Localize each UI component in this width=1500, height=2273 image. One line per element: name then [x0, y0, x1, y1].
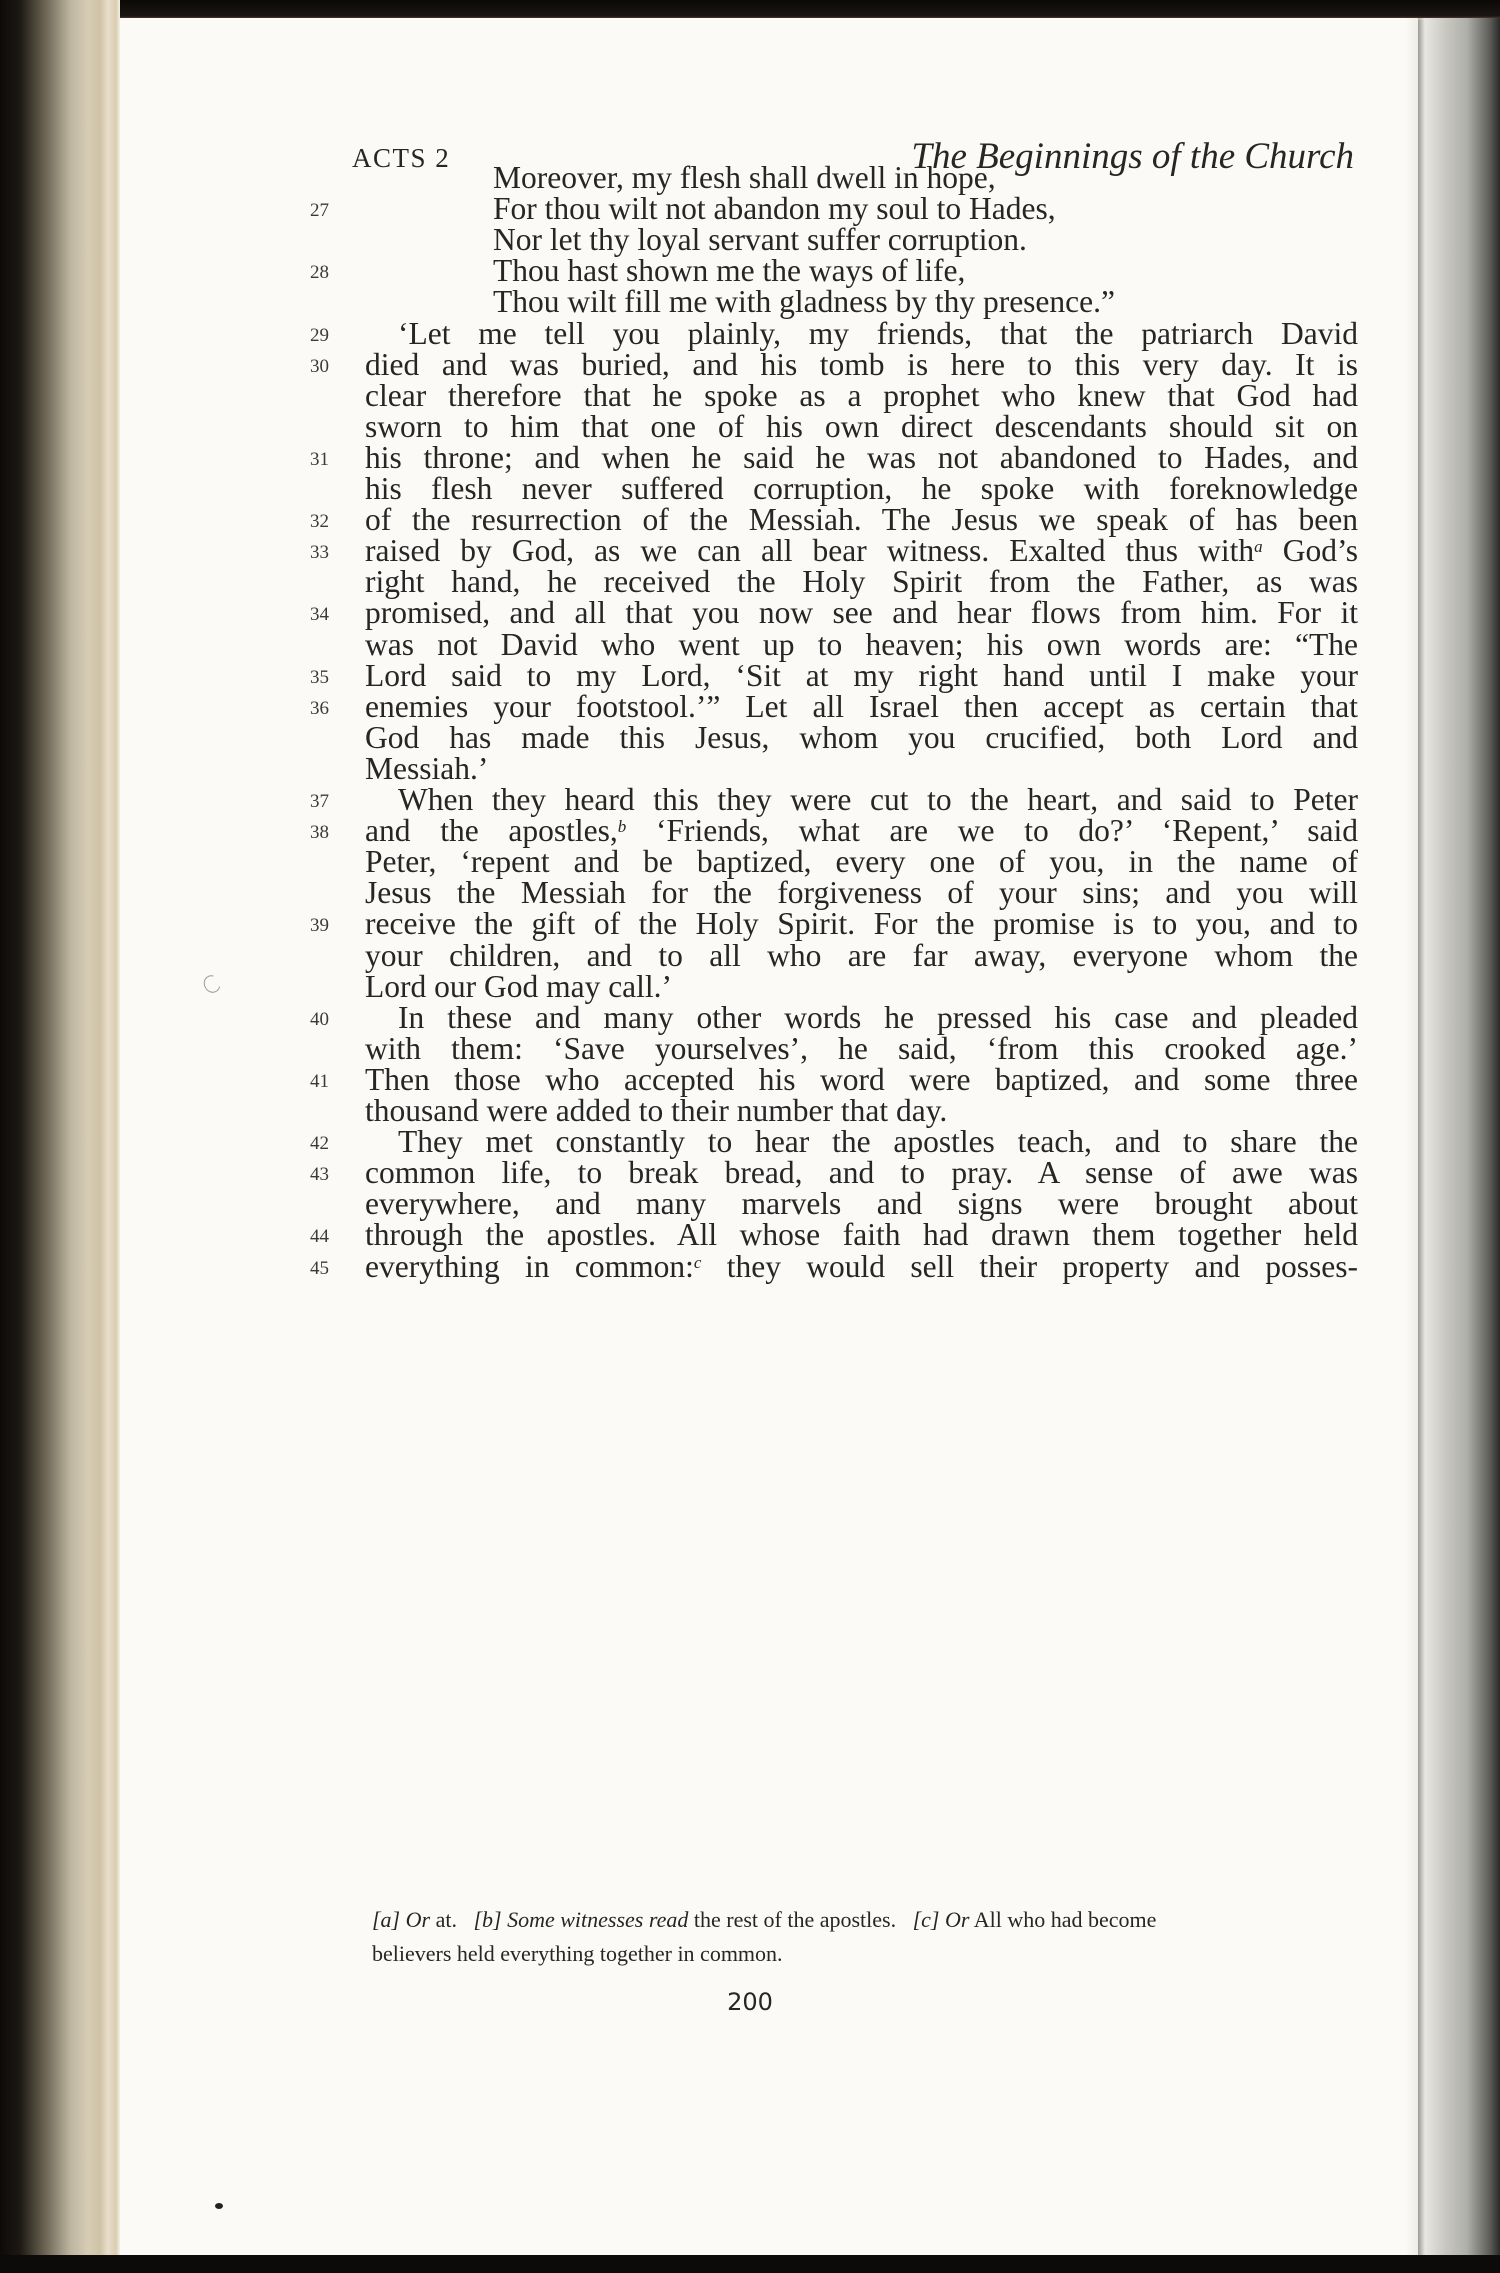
text-line: 34promised, and all that you now see and… [0, 596, 1500, 630]
footnote-reference[interactable]: b [618, 817, 627, 836]
line-text-segment: ‘Friends, what are we to do?’ ‘Repent,’ … [626, 813, 1358, 848]
line-text: and the apostles,b ‘Friends, what are we… [365, 814, 1358, 848]
line-text: right hand, he received the Holy Spirit … [365, 565, 1358, 599]
line-text-segment: raised by God, as we can all bear witnes… [365, 533, 1254, 568]
verse-number: 45 [310, 1258, 340, 1280]
line-text-segment: they would sell their property and posse… [701, 1249, 1358, 1284]
line-text: Nor let thy loyal servant suffer corrupt… [493, 223, 1027, 257]
text-line: 29‘Let me tell you plainly, my friends, … [0, 317, 1500, 351]
text-line: your children, and to all who are far aw… [0, 939, 1500, 973]
line-text: Peter, ‘repent and be baptized, every on… [365, 845, 1358, 879]
verse-number: 35 [310, 667, 340, 689]
line-text: Then those who accepted his word were ba… [365, 1063, 1358, 1097]
verse-number: 34 [310, 604, 340, 626]
text-line: 31his throne; and when he said he was no… [0, 441, 1500, 475]
text-line: his flesh never suffered corruption, he … [0, 472, 1500, 506]
line-text: Moreover, my flesh shall dwell in hope, [493, 161, 996, 195]
line-text: In these and many other words he pressed… [398, 1001, 1358, 1035]
text-line: clear therefore that he spoke as a proph… [0, 379, 1500, 413]
line-text: everywhere, and many marvels and signs w… [365, 1187, 1358, 1221]
text-line: Nor let thy loyal servant suffer corrupt… [0, 223, 1500, 257]
footnote-c-text: All who had become [969, 1907, 1156, 1932]
line-text: For thou wilt not abandon my soul to Had… [493, 192, 1056, 226]
line-text: Messiah.’ [365, 752, 1358, 786]
text-line: God has made this Jesus, whom you crucif… [0, 721, 1500, 755]
text-line: 35Lord said to my Lord, ‘Sit at my right… [0, 659, 1500, 693]
verse-number: 33 [310, 542, 340, 564]
footnote-line-1: [a] Or at. [b] Some witnesses read the r… [372, 1903, 1372, 1937]
line-text: Thou hast shown me the ways of life, [493, 254, 965, 288]
text-line: Moreover, my flesh shall dwell in hope, [0, 161, 1500, 195]
line-text: your children, and to all who are far aw… [365, 939, 1358, 973]
text-line: 42They met constantly to hear the apostl… [0, 1125, 1500, 1159]
text-line: sworn to him that one of his own direct … [0, 410, 1500, 444]
verse-number: 27 [310, 200, 340, 222]
footnote-line-2: believers held everything together in co… [372, 1937, 1372, 1971]
line-text: his throne; and when he said he was not … [365, 441, 1358, 475]
text-line: 45everything in common:c they would sell… [0, 1250, 1500, 1284]
verse-number: 37 [310, 791, 340, 813]
text-line: 43common life, to break bread, and to pr… [0, 1156, 1500, 1190]
footnote-b-text: the rest of the apostles. [688, 1907, 896, 1932]
line-text: of the resurrection of the Messiah. The … [365, 503, 1358, 537]
line-text: Lord our God may call.’ [365, 970, 1358, 1004]
page-number: 200 [0, 1988, 1500, 2016]
text-line: everywhere, and many marvels and signs w… [0, 1187, 1500, 1221]
line-text: receive the gift of the Holy Spirit. For… [365, 907, 1358, 941]
footnote-c-mark: [c] [913, 1907, 940, 1932]
verse-number: 39 [310, 915, 340, 937]
text-line: was not David who went up to heaven; his… [0, 628, 1500, 662]
line-text: Lord said to my Lord, ‘Sit at my right h… [365, 659, 1358, 693]
line-text: God has made this Jesus, whom you crucif… [365, 721, 1358, 755]
line-text: everything in common:c they would sell t… [365, 1250, 1358, 1284]
text-line: thousand were added to their number that… [0, 1094, 1500, 1128]
text-line: 39receive the gift of the Holy Spirit. F… [0, 907, 1500, 941]
line-text: with them: ‘Save yourselves’, he said, ‘… [365, 1032, 1358, 1066]
line-text: died and was buried, and his tomb is her… [365, 348, 1358, 382]
verse-number: 29 [310, 325, 340, 347]
text-line: Messiah.’ [0, 752, 1500, 786]
footnotes: [a] Or at. [b] Some witnesses read the r… [372, 1903, 1372, 1971]
footnote-a-text: at. [430, 1907, 457, 1932]
footnote-reference[interactable]: c [694, 1253, 702, 1272]
text-line: Lord our God may call.’ [0, 970, 1500, 1004]
line-text: Jesus the Messiah for the forgiveness of… [365, 876, 1358, 910]
text-line: right hand, he received the Holy Spirit … [0, 565, 1500, 599]
footnote-reference[interactable]: a [1254, 537, 1263, 556]
text-line: 27For thou wilt not abandon my soul to H… [0, 192, 1500, 226]
book-bottom-edge [0, 2255, 1500, 2273]
line-text: ‘Let me tell you plainly, my friends, th… [398, 317, 1358, 351]
verse-number: 32 [310, 511, 340, 533]
verse-number: 44 [310, 1226, 340, 1248]
verse-number: 31 [310, 449, 340, 471]
line-text: clear therefore that he spoke as a proph… [365, 379, 1358, 413]
line-text-segment: and the apostles, [365, 813, 618, 848]
footnote-b-italic: Some witnesses read [507, 1907, 688, 1932]
text-line: 36enemies your footstool.’” Let all Isra… [0, 690, 1500, 724]
line-text: sworn to him that one of his own direct … [365, 410, 1358, 444]
footnote-a-italic: Or [406, 1907, 430, 1932]
line-text: his flesh never suffered corruption, he … [365, 472, 1358, 506]
text-line: with them: ‘Save yourselves’, he said, ‘… [0, 1032, 1500, 1066]
line-text: thousand were added to their number that… [365, 1094, 1358, 1128]
line-text: raised by God, as we can all bear witnes… [365, 534, 1358, 568]
line-text-segment: everything in common: [365, 1249, 694, 1284]
line-text: They met constantly to hear the apostles… [398, 1125, 1358, 1159]
text-line: 37When they heard this they were cut to … [0, 783, 1500, 817]
footnote-a-mark: [a] [372, 1907, 400, 1932]
line-text: When they heard this they were cut to th… [398, 783, 1358, 817]
text-line: 40In these and many other words he press… [0, 1001, 1500, 1035]
line-text: was not David who went up to heaven; his… [365, 628, 1358, 662]
verse-number: 28 [310, 262, 340, 284]
line-text: Thou wilt fill me with gladness by thy p… [493, 285, 1115, 319]
line-text-segment: God’s [1263, 533, 1358, 568]
verse-number: 41 [310, 1071, 340, 1093]
ink-speck [215, 2203, 223, 2209]
verse-number: 43 [310, 1164, 340, 1186]
line-text: enemies your footstool.’” Let all Israel… [365, 690, 1358, 724]
verse-number: 40 [310, 1009, 340, 1031]
verse-number: 38 [310, 822, 340, 844]
text-line: 28Thou hast shown me the ways of life, [0, 254, 1500, 288]
text-line: 38and the apostles,b ‘Friends, what are … [0, 814, 1500, 848]
verse-number: 30 [310, 356, 340, 378]
line-text: common life, to break bread, and to pray… [365, 1156, 1358, 1190]
book-top-edge [0, 0, 1500, 20]
text-line: 44through the apostles. All whose faith … [0, 1218, 1500, 1252]
footnote-b-mark: [b] [473, 1907, 501, 1932]
text-line: 33raised by God, as we can all bear witn… [0, 534, 1500, 568]
text-line: 30died and was buried, and his tomb is h… [0, 348, 1500, 382]
text-line: Jesus the Messiah for the forgiveness of… [0, 876, 1500, 910]
line-text: through the apostles. All whose faith ha… [365, 1218, 1358, 1252]
line-text: promised, and all that you now see and h… [365, 596, 1358, 630]
verse-number: 42 [310, 1133, 340, 1155]
text-line: Peter, ‘repent and be baptized, every on… [0, 845, 1500, 879]
footnote-c-italic: Or [945, 1907, 969, 1932]
text-line: 32of the resurrection of the Messiah. Th… [0, 503, 1500, 537]
text-line: Thou wilt fill me with gladness by thy p… [0, 285, 1500, 319]
text-line: 41Then those who accepted his word were … [0, 1063, 1500, 1097]
verse-number: 36 [310, 698, 340, 720]
